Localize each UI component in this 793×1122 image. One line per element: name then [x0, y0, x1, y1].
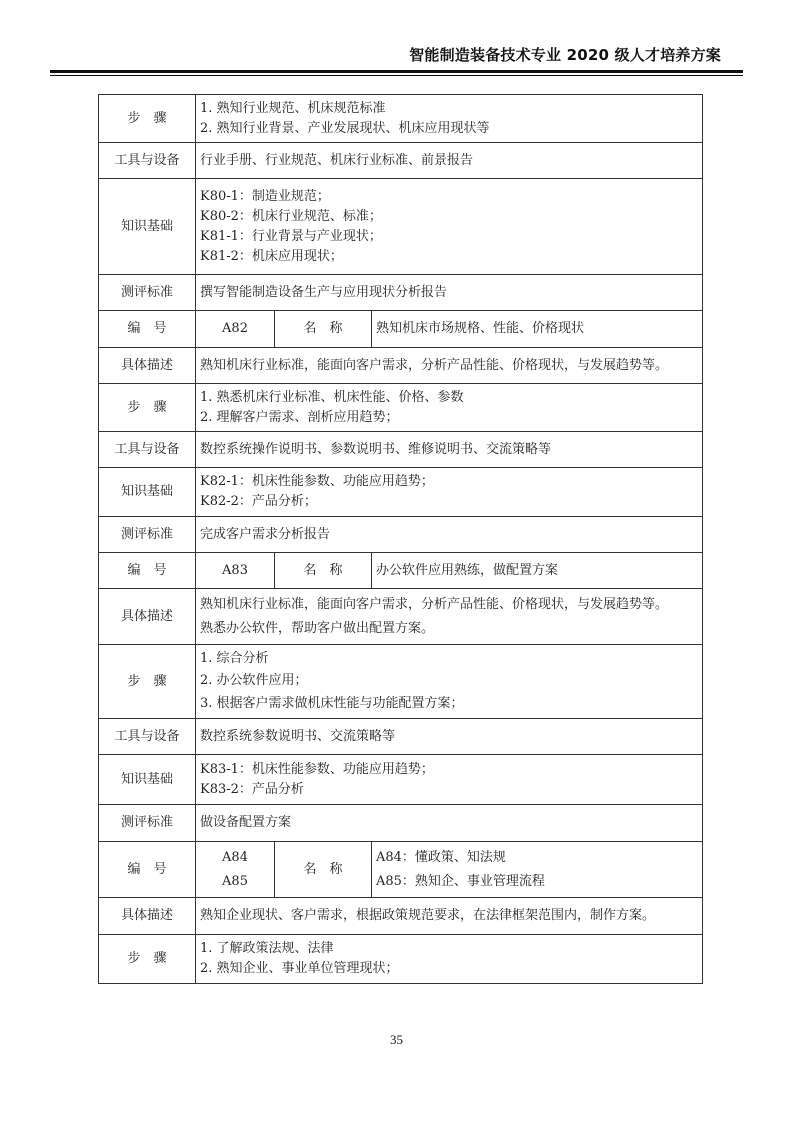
table-row: 知识基础 K80-1：制造业规范； K80-2：机床行业规范、标准； K81-1…	[99, 179, 703, 275]
page-number: 35	[0, 1032, 793, 1048]
content-line: 1. 熟知行业规范、机床规范标准	[200, 99, 698, 119]
row-label: 步 骤	[99, 384, 196, 432]
table-row: 编 号 A84 A85 名 称 A84：懂政策、知法规 A85：熟知企、事业管理…	[99, 842, 703, 898]
content-line: 1. 综合分析	[200, 648, 698, 670]
content-line: K83-2：产品分析	[200, 780, 698, 800]
row-content: 完成客户需求分析报告	[196, 517, 703, 553]
row-content: K80-1：制造业规范； K80-2：机床行业规范、标准； K81-1：行业背景…	[196, 179, 703, 275]
content-line: 1. 熟悉机床行业标准、机床性能、价格、参数	[200, 388, 698, 408]
content-line: 熟悉办公软件，帮助客户做出配置方案。	[200, 617, 698, 641]
curriculum-table: 步 骤 1. 熟知行业规范、机床规范标准 2. 熟知行业背景、产业发展现状、机床…	[98, 94, 703, 984]
row-label: 编 号	[99, 311, 196, 348]
row-content: K82-1：机床性能参数、功能应用趋势； K82-2：产品分析；	[196, 468, 703, 517]
table-row: 知识基础 K83-1：机床性能参数、功能应用趋势； K83-2：产品分析	[99, 755, 703, 805]
row-content: 熟知机床行业标准，能面向客户需求，分析产品性能、价格现状，与发展趋势等。	[196, 348, 703, 384]
item-code: A84	[200, 846, 270, 870]
row-content: K83-1：机床性能参数、功能应用趋势； K83-2：产品分析	[196, 755, 703, 805]
table-row: 步 骤 1. 熟悉机床行业标准、机床性能、价格、参数 2. 理解客户需求、剖析应…	[99, 384, 703, 432]
item-name: 办公软件应用熟练，做配置方案	[372, 553, 703, 589]
content-line: 完成客户需求分析报告	[200, 525, 698, 545]
content-line: 2. 熟知企业、事业单位管理现状；	[200, 959, 698, 979]
row-label: 知识基础	[99, 755, 196, 805]
content-line: 2. 熟知行业背景、产业发展现状、机床应用现状等	[200, 119, 698, 139]
content-line: 2. 理解客户需求、剖析应用趋势；	[200, 408, 698, 428]
content-line: K81-2：机床应用现状；	[200, 247, 698, 267]
table-row: 编 号 A82 名 称 熟知机床市场规格、性能、价格现状	[99, 311, 703, 348]
row-label: 测评标准	[99, 517, 196, 553]
row-content: 熟知机床行业标准，能面向客户需求，分析产品性能、价格现状，与发展趋势等。 熟悉办…	[196, 589, 703, 645]
row-label: 工具与设备	[99, 719, 196, 755]
item-name: 熟知机床市场规格、性能、价格现状	[372, 311, 703, 348]
table-row: 工具与设备 数控系统参数说明书、交流策略等	[99, 719, 703, 755]
row-content: 1. 熟知行业规范、机床规范标准 2. 熟知行业背景、产业发展现状、机床应用现状…	[196, 95, 703, 143]
table-row: 工具与设备 行业手册、行业规范、机床行业标准、前景报告	[99, 143, 703, 179]
content-line: 2. 办公软件应用；	[200, 670, 698, 692]
name-label: 名 称	[275, 311, 372, 348]
table-row: 步 骤 1. 熟知行业规范、机床规范标准 2. 熟知行业背景、产业发展现状、机床…	[99, 95, 703, 143]
row-label: 测评标准	[99, 275, 196, 311]
row-label: 具体描述	[99, 348, 196, 384]
content-line: 熟知企业现状、客户需求，根据政策规范要求，在法律框架范围内，制作方案。	[200, 906, 698, 926]
row-label: 知识基础	[99, 179, 196, 275]
content-line: 行业手册、行业规范、机床行业标准、前景报告	[200, 151, 698, 171]
table-row: 具体描述 熟知机床行业标准，能面向客户需求，分析产品性能、价格现状，与发展趋势等…	[99, 348, 703, 384]
content-line: K80-1：制造业规范；	[200, 187, 698, 207]
table-row: 具体描述 熟知企业现状、客户需求，根据政策规范要求，在法律框架范围内，制作方案。	[99, 898, 703, 935]
content-line: 数控系统参数说明书、交流策略等	[200, 727, 698, 747]
row-content: 做设备配置方案	[196, 805, 703, 842]
item-code: A83	[196, 553, 275, 589]
content-line: K83-1：机床性能参数、功能应用趋势；	[200, 760, 698, 780]
row-content: 1. 了解政策法规、法律 2. 熟知企业、事业单位管理现状；	[196, 935, 703, 984]
row-label: 工具与设备	[99, 143, 196, 179]
row-label: 编 号	[99, 842, 196, 898]
content-line: 1. 了解政策法规、法律	[200, 939, 698, 959]
item-name: A84：懂政策、知法规	[376, 846, 698, 870]
content-line: K81-1：行业背景与产业现状；	[200, 227, 698, 247]
row-label: 编 号	[99, 553, 196, 589]
document-header-title: 智能制造装备技术专业 2020 级人才培养方案	[409, 44, 721, 65]
content-line: 3. 根据客户需求做机床性能与功能配置方案；	[200, 692, 698, 716]
row-content: 撰写智能制造设备生产与应用现状分析报告	[196, 275, 703, 311]
row-content: 数控系统操作说明书、参数说明书、维修说明书、交流策略等	[196, 432, 703, 468]
row-label: 知识基础	[99, 468, 196, 517]
row-content: 数控系统参数说明书、交流策略等	[196, 719, 703, 755]
row-content: 1. 综合分析 2. 办公软件应用； 3. 根据客户需求做机床性能与功能配置方案…	[196, 645, 703, 719]
item-name: A85：熟知企、事业管理流程	[376, 870, 698, 894]
row-label: 测评标准	[99, 805, 196, 842]
table-row: 具体描述 熟知机床行业标准，能面向客户需求，分析产品性能、价格现状，与发展趋势等…	[99, 589, 703, 645]
content-line: 熟知机床行业标准，能面向客户需求，分析产品性能、价格现状，与发展趋势等。	[200, 593, 698, 617]
content-line: K80-2：机床行业规范、标准；	[200, 207, 698, 227]
row-label: 步 骤	[99, 935, 196, 984]
content-line: K82-1：机床性能参数、功能应用趋势；	[200, 472, 698, 492]
row-content: 熟知企业现状、客户需求，根据政策规范要求，在法律框架范围内，制作方案。	[196, 898, 703, 935]
header-rule	[50, 70, 743, 73]
row-label: 工具与设备	[99, 432, 196, 468]
content-line: 做设备配置方案	[200, 813, 698, 833]
content-line: 数控系统操作说明书、参数说明书、维修说明书、交流策略等	[200, 440, 698, 460]
row-content: 行业手册、行业规范、机床行业标准、前景报告	[196, 143, 703, 179]
row-label: 具体描述	[99, 898, 196, 935]
content-line: K82-2：产品分析；	[200, 492, 698, 512]
table-row: 测评标准 做设备配置方案	[99, 805, 703, 842]
table-row: 知识基础 K82-1：机床性能参数、功能应用趋势； K82-2：产品分析；	[99, 468, 703, 517]
table-row: 测评标准 撰写智能制造设备生产与应用现状分析报告	[99, 275, 703, 311]
content-line: 熟知机床行业标准，能面向客户需求，分析产品性能、价格现状，与发展趋势等。	[200, 356, 698, 376]
row-label: 步 骤	[99, 645, 196, 719]
table-row: 编 号 A83 名 称 办公软件应用熟练，做配置方案	[99, 553, 703, 589]
row-label: 步 骤	[99, 95, 196, 143]
header-rule-thin	[50, 75, 743, 76]
item-code: A82	[196, 311, 275, 348]
item-code: A85	[200, 870, 270, 894]
name-label: 名 称	[275, 842, 372, 898]
table-row: 工具与设备 数控系统操作说明书、参数说明书、维修说明书、交流策略等	[99, 432, 703, 468]
content-line: 撰写智能制造设备生产与应用现状分析报告	[200, 283, 698, 303]
table-row: 步 骤 1. 综合分析 2. 办公软件应用； 3. 根据客户需求做机床性能与功能…	[99, 645, 703, 719]
table-row: 测评标准 完成客户需求分析报告	[99, 517, 703, 553]
row-label: 具体描述	[99, 589, 196, 645]
item-codes: A84 A85	[196, 842, 275, 898]
item-names: A84：懂政策、知法规 A85：熟知企、事业管理流程	[372, 842, 703, 898]
row-content: 1. 熟悉机床行业标准、机床性能、价格、参数 2. 理解客户需求、剖析应用趋势；	[196, 384, 703, 432]
table-row: 步 骤 1. 了解政策法规、法律 2. 熟知企业、事业单位管理现状；	[99, 935, 703, 984]
name-label: 名 称	[275, 553, 372, 589]
